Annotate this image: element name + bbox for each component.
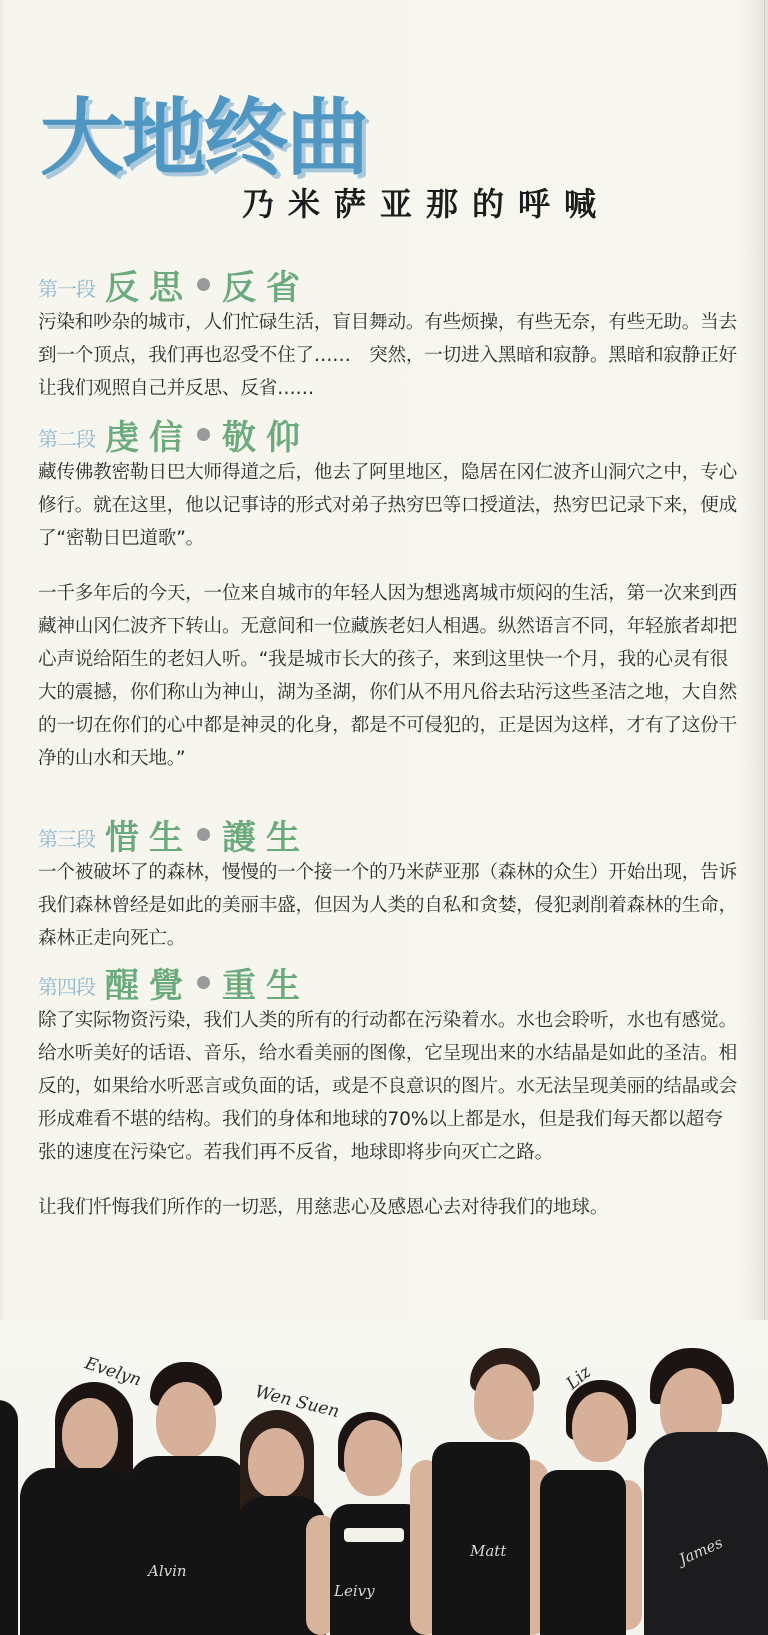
bullet-dot-icon (197, 428, 210, 441)
section-heading: 第一段 反思 反省 (38, 262, 738, 306)
bullet-dot-icon (197, 278, 210, 291)
section-heading: 第四段 醒覺 重生 (38, 960, 738, 1004)
shirt-name-alvin: Alvin (148, 1562, 187, 1580)
main-title: 大地终曲 (40, 96, 368, 180)
section-paragraph: 藏传佛教密勒日巴大师得道之后，他去了阿里地区，隐居在冈仁波齐山洞穴之中，专心修行… (38, 456, 738, 555)
brochure-page: 大地终曲 乃米萨亚那的呼喊 第一段 反思 反省 污染和吵杂的城市，人们忙碌生活，… (0, 0, 768, 1635)
section-heading: 第二段 虔信 敬仰 (38, 412, 738, 456)
shirt-name-matt: Matt (470, 1542, 506, 1560)
section-3: 第三段 惜生 護生 一个被破坏了的森林，慢慢的一个接一个的乃米萨亚那（森林的众生… (38, 812, 738, 955)
section-title-right: 敬仰 (222, 410, 310, 459)
section-2: 第二段 虔信 敬仰 藏传佛教密勒日巴大师得道之后，他去了阿里地区，隐居在冈仁波齐… (38, 412, 738, 775)
section-number: 第四段 (38, 965, 95, 1000)
section-title-left: 惜生 (105, 810, 193, 859)
section-heading: 第三段 惜生 護生 (38, 812, 738, 856)
subtitle: 乃米萨亚那的呼喊 (242, 188, 610, 220)
shirt-name-leivy: Leivy (334, 1582, 375, 1600)
section-title-right: 護生 (222, 810, 310, 859)
closing-paragraph: 让我们忏悔我们所作的一切恶，用慈悲心及感恩心去对待我们的地球。 (38, 1191, 738, 1224)
section-number: 第三段 (38, 817, 95, 852)
section-paragraph: 一千多年后的今天，一位来自城市的年轻人因为想逃离城市烦闷的生活，第一次来到西藏神… (38, 577, 738, 775)
section-paragraph: 一个被破坏了的森林，慢慢的一个接一个的乃米萨亚那（森林的众生）开始出现，告诉我们… (38, 856, 738, 955)
section-number: 第一段 (38, 267, 95, 302)
group-photo: Evelyn Wen Suen Liz Alvin Leivy Matt Jam… (0, 1320, 768, 1635)
section-4: 第四段 醒覺 重生 除了实际物资污染，我们人类的所有的行动都在污染着水。水也会聆… (38, 960, 738, 1224)
section-title-left: 虔信 (105, 410, 193, 459)
section-paragraph: 除了实际物资污染，我们人类的所有的行动都在污染着水。水也会聆听，水也有感觉。给水… (38, 1004, 738, 1169)
section-1: 第一段 反思 反省 污染和吵杂的城市，人们忙碌生活，盲目舞动。有些烦操，有些无奈… (38, 262, 738, 405)
section-title-right: 重生 (222, 958, 310, 1007)
section-number: 第二段 (38, 417, 95, 452)
bullet-dot-icon (197, 828, 210, 841)
section-title-right: 反省 (222, 260, 310, 309)
bullet-dot-icon (197, 976, 210, 989)
section-title-left: 反思 (105, 260, 193, 309)
section-title-left: 醒覺 (105, 958, 193, 1007)
section-paragraph: 污染和吵杂的城市，人们忙碌生活，盲目舞动。有些烦操，有些无奈，有些无助。当去到一… (38, 306, 738, 405)
